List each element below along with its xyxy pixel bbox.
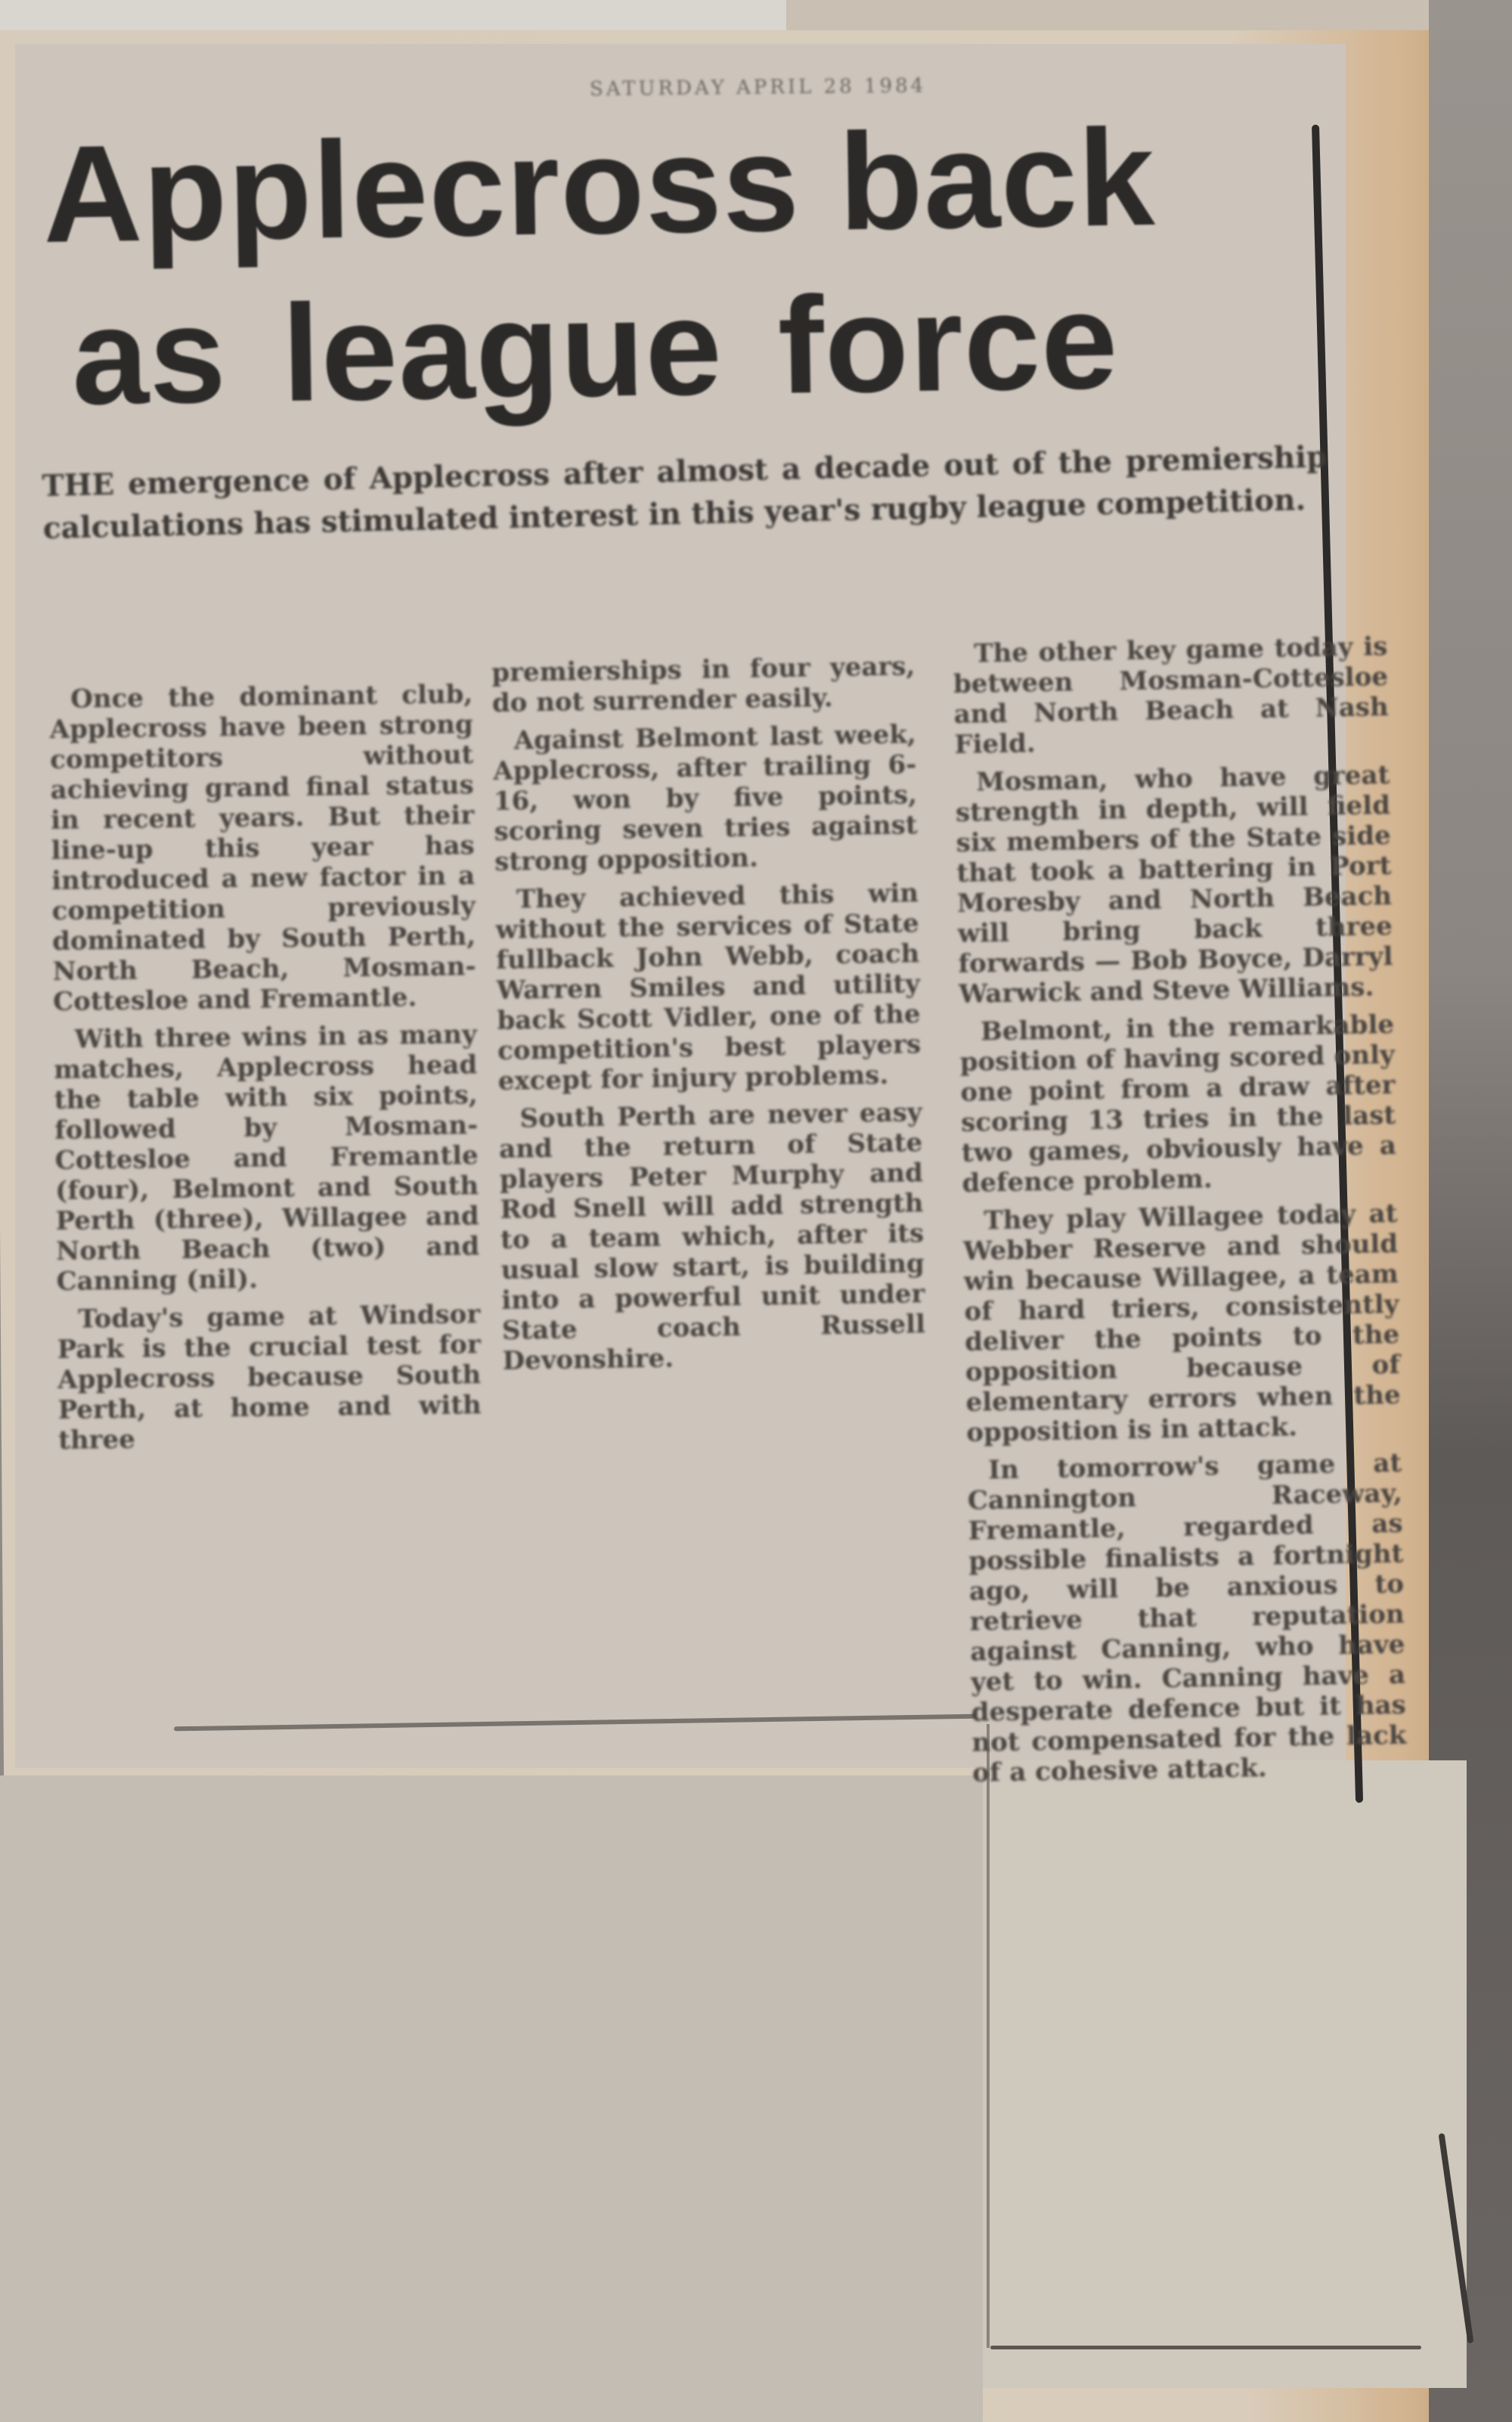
- paragraph: Belmont, in the remarkable position of h…: [959, 1009, 1397, 1199]
- paragraph: Once the dominant club, Applecross have …: [49, 679, 476, 1017]
- paragraph: They achieved this win without the servi…: [495, 878, 922, 1096]
- paragraph: Mosman, who have great strength in depth…: [955, 760, 1393, 1009]
- article-column-3: The other key game today is between Mosm…: [953, 631, 1408, 1796]
- paragraph: premierships in four years, do not surre…: [491, 651, 916, 718]
- headline-line-1: Applecross back: [42, 100, 1157, 271]
- dateline: Saturday April 28 1984: [590, 73, 1043, 101]
- paragraph: Today's game at Windsor Park is the cruc…: [57, 1299, 482, 1456]
- paragraph: They play Willagee today at Webber Reser…: [962, 1199, 1401, 1448]
- headline: Applecross back as league force: [42, 93, 1332, 439]
- article-column-1: Once the dominant club, Applecross have …: [49, 679, 482, 1463]
- column-rule-left: [987, 1724, 990, 2348]
- column-rule-bottom: [990, 2346, 1421, 2349]
- paragraph: In tomorrow's game at Cannington Raceway…: [967, 1448, 1408, 1788]
- paragraph: South Perth are never easy and the retur…: [498, 1097, 926, 1376]
- headline-line-2: as league force: [44, 256, 1331, 439]
- paragraph: With three wins in as many matches, Appl…: [53, 1019, 479, 1297]
- clipping-paper-column-tail: [983, 1760, 1467, 2388]
- blank-paper-area: [0, 1775, 983, 2422]
- article-column-2: premierships in four years, do not surre…: [491, 651, 926, 1384]
- paragraph: The other key game today is between Mosm…: [953, 631, 1390, 760]
- background-scrapbook-top: [786, 0, 1429, 30]
- paragraph: Against Belmont last week, Applecross, a…: [492, 719, 918, 877]
